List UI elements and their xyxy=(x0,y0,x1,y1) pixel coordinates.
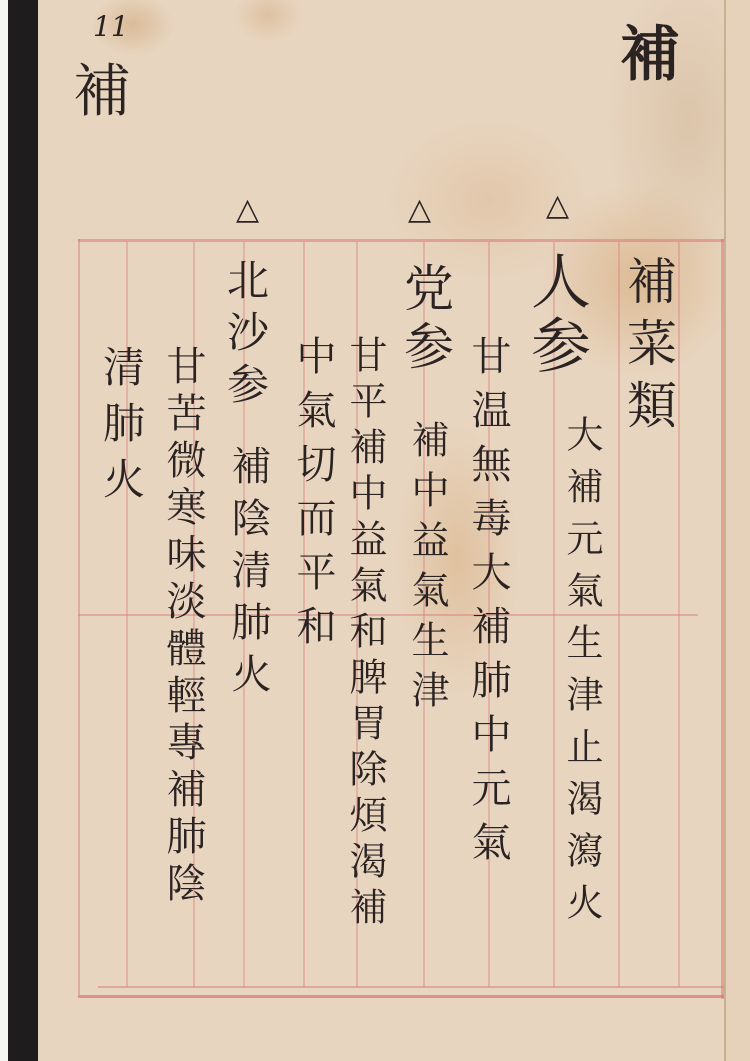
book-spine xyxy=(8,0,38,1061)
entry-name-codonopsis: 党参 xyxy=(400,262,450,378)
entry-description: 甘平補中益氣和脾胃除煩渴補 xyxy=(346,335,384,933)
manuscript-page: 11 補 補 補菜類 △ 人参 甘温無毒大補肺中元氣 大補元氣生津止渴瀉火 △ … xyxy=(38,0,728,1061)
entry-description: 補中益氣生津 xyxy=(408,420,446,720)
entry-name-ginseng: 人参 xyxy=(526,250,586,378)
entry-description: 中氣切而平和 xyxy=(293,335,333,659)
triangle-marker-icon: △ xyxy=(546,188,569,223)
entry-name-glehnia: 北沙参 xyxy=(224,258,266,414)
section-title: 補菜類 xyxy=(623,255,673,441)
entry-description: 補陰清肺火 xyxy=(228,445,268,705)
left-header-character: 補 xyxy=(68,60,126,124)
entry-description: 大補元氣生津止渴瀉火 xyxy=(563,415,600,935)
entry-description: 甘温無毒大補肺中元氣 xyxy=(468,335,508,875)
right-header-character: 補 xyxy=(615,22,675,88)
entry-description: 甘苦微寒味淡體輕專補肺陰 xyxy=(163,345,203,909)
page-flap xyxy=(726,0,750,1061)
entry-description: 清肺火 xyxy=(100,345,142,513)
page-number: 11 xyxy=(93,10,129,43)
triangle-marker-icon: △ xyxy=(408,192,431,227)
ruled-frame-top xyxy=(78,239,733,242)
ruled-column-line xyxy=(678,242,680,987)
ruled-frame-bottom xyxy=(78,995,733,998)
ruled-frame-left xyxy=(78,239,80,995)
triangle-marker-icon: △ xyxy=(236,192,259,227)
